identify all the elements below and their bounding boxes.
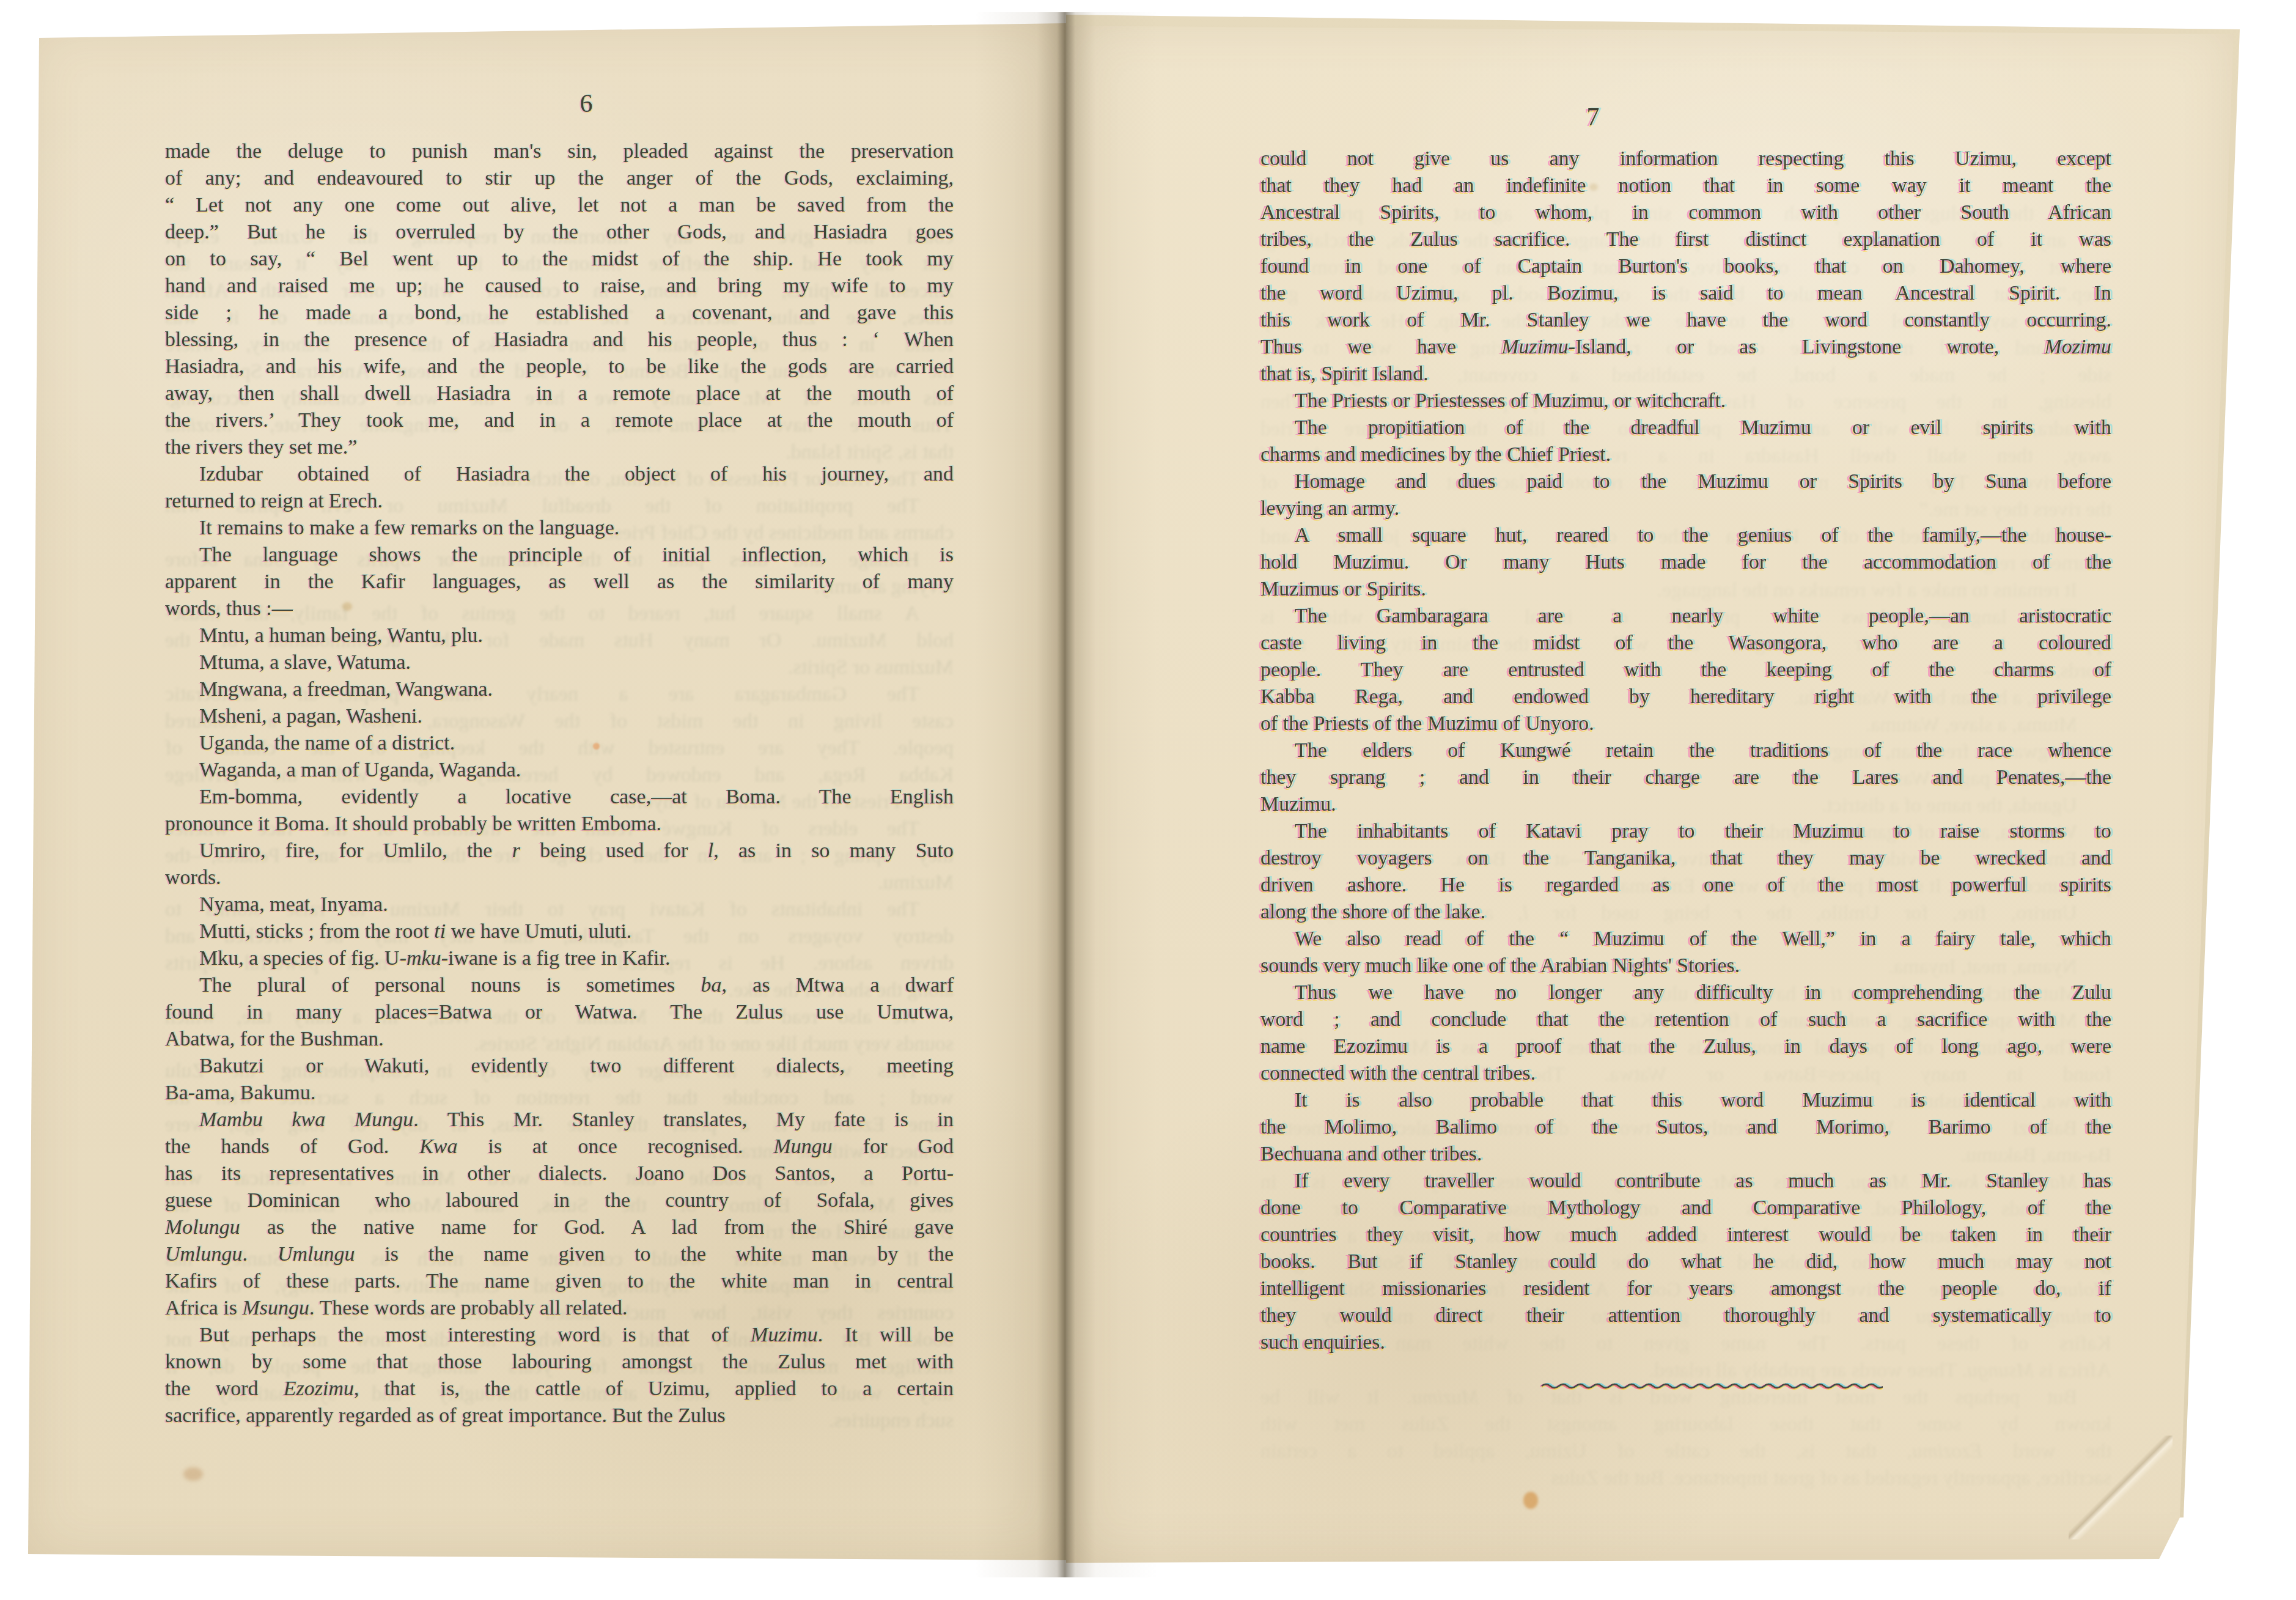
text-line: Mtuma, a slave, Watuma. xyxy=(165,649,954,676)
text-line: countries they visit, how much added int… xyxy=(1260,1222,2111,1248)
text-line: charms and medicines by the Chief Priest… xyxy=(1260,441,2111,468)
text-line: word ; and conclude that the retention o… xyxy=(1260,1006,2111,1033)
text-line: deep.” But he is overruled by the other … xyxy=(165,219,954,246)
text-line: Bechuana and other tribes. xyxy=(1260,1141,2111,1168)
text-line: Kafirs of these parts. The name given to… xyxy=(165,1268,954,1295)
text-line: If every traveller would contribute as m… xyxy=(1260,1168,2111,1195)
text-line: levying an army. xyxy=(1260,495,2111,522)
text-line: that is, Spirit Island. xyxy=(1260,361,2111,388)
text-line: this work of Mr. Stanley we have the wor… xyxy=(1260,307,2111,334)
text-line: they would direct their attention thorou… xyxy=(1260,1302,2111,1329)
text-line: done to Comparative Mythology and Compar… xyxy=(1260,1195,2111,1222)
text-line: Mutti, sticks ; from the root ti we have… xyxy=(165,918,954,945)
text-line: The language shows the principle of init… xyxy=(165,542,954,569)
text-line: hold Muzimu. Or many Huts made for the a… xyxy=(1260,549,2111,576)
text-line: pronounce it Boma. It should probably be… xyxy=(165,811,954,838)
text-line: Mngwana, a freedman, Wangwana. xyxy=(165,676,954,703)
text-line: that they had an indefinite notion that … xyxy=(1260,172,2111,199)
text-line: The Priests or Priestesses of Muzimu, or… xyxy=(1260,388,2111,415)
text-line: along the shore of the lake. xyxy=(1260,899,2111,926)
text-line: guese Dominican who laboured in the coun… xyxy=(165,1187,954,1214)
corner-crease xyxy=(2069,1436,2173,1539)
text-line: could not give us any information respec… xyxy=(1260,146,2111,172)
text-line: such enquiries. xyxy=(1260,1329,2111,1356)
text-line: known by some that those labouring among… xyxy=(165,1349,954,1376)
page-7-text-column: could not give us any information respec… xyxy=(1260,146,2111,1356)
text-line: Umlungu. Umlungu is the name given to th… xyxy=(165,1241,954,1268)
text-line: Waganda, a man of Uganda, Waganda. xyxy=(165,757,954,784)
text-line: Molungu as the native name for God. A la… xyxy=(165,1214,954,1241)
text-line: Thus we have no longer any difficulty in… xyxy=(1260,979,2111,1006)
text-line: books. But if Stanley could do what he d… xyxy=(1260,1248,2111,1275)
text-line: they sprang ; and in their charge are th… xyxy=(1260,764,2111,791)
text-line: caste living in the midst of the Wasongo… xyxy=(1260,630,2111,657)
text-line: the rivers.’ They took me, and in a remo… xyxy=(165,407,954,434)
text-line: Ba-ama, Bakumu. xyxy=(165,1080,954,1107)
text-line: of any; and endeavoured to stir up the a… xyxy=(165,165,954,192)
text-line: Mku, a species of fig. U-mku-iwane is a … xyxy=(165,945,954,972)
paper-stain xyxy=(1523,1492,1538,1509)
text-line: the rivers they set me.” xyxy=(165,434,954,461)
wavy-divider-rule xyxy=(1540,1381,1883,1392)
text-line: connected with the central tribes. xyxy=(1260,1060,2111,1087)
text-line: the word Uzimu, pl. Bozimu, is said to m… xyxy=(1260,280,2111,307)
paper-stain xyxy=(183,1467,203,1481)
text-line: the Molimo, Balimo of the Sutos, and Mor… xyxy=(1260,1114,2111,1141)
page-7: made the deluge to punish man's sin, ple… xyxy=(1066,17,2236,1565)
page-6: could not give us any information respec… xyxy=(27,22,1066,1560)
text-line: The elders of Kungwé retain the traditio… xyxy=(1260,737,2111,764)
text-line: We also read of the “ Muzimu of the Well… xyxy=(1260,926,2111,953)
text-line: side ; he made a bond, he established a … xyxy=(165,300,954,326)
text-line: returned to reign at Erech. xyxy=(165,488,954,515)
text-line: Thus we have Muzimu-Island, or as Living… xyxy=(1260,334,2111,361)
text-line: Umriro, fire, for Umlilo, the r being us… xyxy=(165,838,954,865)
text-line: Ancestral Spirits, to whom, in common wi… xyxy=(1260,199,2111,226)
text-line: Em-bomma, evidently a locative case,—at … xyxy=(165,784,954,811)
text-line: blessing, in the presence of Hasiadra an… xyxy=(165,326,954,353)
text-line: Mambu kwa Mungu. This Mr. Stanley transl… xyxy=(165,1107,954,1134)
text-line: It remains to make a few remarks on the … xyxy=(165,515,954,542)
text-line: found in many places=Batwa or Watwa. The… xyxy=(165,999,954,1026)
text-line: Uganda, the name of a district. xyxy=(165,730,954,757)
page-6-text-column: made the deluge to punish man's sin, ple… xyxy=(165,138,954,1429)
text-line: words. xyxy=(165,865,954,891)
text-line: the hands of God. Kwa is at once recogni… xyxy=(165,1134,954,1160)
page-number-right: 7 xyxy=(1168,104,2018,131)
text-line: intelligent missionaries resident for ye… xyxy=(1260,1275,2111,1302)
text-line: tribes, the Zulus sacrifice. The first d… xyxy=(1260,226,2111,253)
text-line: Izdubar obtained of Hasiadra the object … xyxy=(165,461,954,488)
text-line: hand and raised me up; he caused to rais… xyxy=(165,273,954,300)
text-line: It is also probable that this word Muzim… xyxy=(1260,1087,2111,1114)
text-line: The propitiation of the dreadful Muzimu … xyxy=(1260,415,2111,441)
text-line: A small square hut, reared to the genius… xyxy=(1260,522,2111,549)
text-line: known by some that those labouring among… xyxy=(1260,1411,2111,1438)
text-line: “ Let not any one come out alive, let no… xyxy=(165,192,954,219)
text-line: the word Ezozimu, that is, the cattle of… xyxy=(165,1376,954,1403)
text-line: the word Ezozimu, that is, the cattle of… xyxy=(1260,1438,2111,1465)
text-line: Mntu, a human being, Wantu, plu. xyxy=(165,622,954,649)
text-line: apparent in the Kafir languages, as well… xyxy=(165,569,954,595)
text-line: sacrifice, apparently regarded as of gre… xyxy=(1260,1465,2111,1492)
text-line: Hasiadra, and his wife, and the people, … xyxy=(165,353,954,380)
text-line: Nyama, meat, Inyama. xyxy=(165,891,954,918)
text-line: Africa is Msungu. These words are probab… xyxy=(165,1295,954,1322)
text-line: Abatwa, for the Bushman. xyxy=(165,1026,954,1053)
text-line: made the deluge to punish man's sin, ple… xyxy=(165,138,954,165)
text-line: sacrifice, apparently regarded as of gre… xyxy=(165,1403,954,1429)
text-line: Kabba Rega, and endowed by hereditary ri… xyxy=(1260,684,2111,710)
text-line: has its representatives in other dialect… xyxy=(165,1160,954,1187)
text-line: sounds very much like one of the Arabian… xyxy=(1260,953,2111,979)
text-line: on to say, “ Bel went up to the midst of… xyxy=(165,246,954,273)
text-line: people. They are entrusted with the keep… xyxy=(1260,657,2111,684)
text-line: The plural of personal nouns is sometime… xyxy=(165,972,954,999)
text-line: Muzimu. xyxy=(1260,791,2111,818)
text-line: of the Priests of the Muzimu of Unyoro. xyxy=(1260,710,2111,737)
text-line: found in one of Captain Burton's books, … xyxy=(1260,253,2111,280)
text-line: But perhaps the most interesting word is… xyxy=(165,1322,954,1349)
text-line: Bakutzi or Wakuti, evidently two differe… xyxy=(165,1053,954,1080)
page-number-left: 6 xyxy=(192,90,981,117)
text-line: driven ashore. He is regarded as one of … xyxy=(1260,872,2111,899)
text-line: Msheni, a pagan, Washeni. xyxy=(165,703,954,730)
text-line: words, thus :— xyxy=(165,595,954,622)
text-line: destroy voyagers on the Tanganika, that … xyxy=(1260,845,2111,872)
text-line: away, then shall dwell Hasiadra in a rem… xyxy=(165,380,954,407)
text-line: The Gambaragara are a nearly white peopl… xyxy=(1260,603,2111,630)
text-line: The inhabitants of Katavi pray to their … xyxy=(1260,818,2111,845)
text-line: Homage and dues paid to the Muzimu or Sp… xyxy=(1260,468,2111,495)
scanned-book-spread: could not give us any information respec… xyxy=(0,0,2296,1600)
text-line: Muzimus or Spirits. xyxy=(1260,576,2111,603)
text-line: name Ezozimu is a proof that the Zulus, … xyxy=(1260,1033,2111,1060)
